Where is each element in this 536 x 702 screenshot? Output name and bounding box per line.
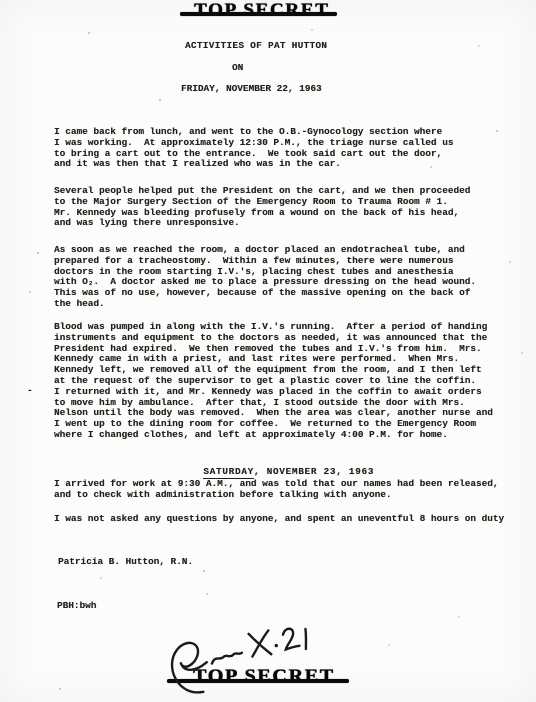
paragraph-friday-2: Several people helped put the President …	[54, 186, 470, 229]
top-secret-stamp-top-text: TOP SECRET	[194, 1, 329, 20]
paragraph-friday-3: As soon as we reached the room, a doctor…	[54, 245, 476, 310]
paragraph-saturday-2: I was not asked any questions by anyone,…	[54, 514, 504, 525]
document-date-heading: FRIDAY, NOVEMBER 22, 1963	[181, 84, 322, 95]
scan-speck	[388, 644, 390, 646]
typist-reference: PBH:bwh	[57, 601, 96, 612]
scan-speck	[59, 688, 61, 690]
declassification-strike-top	[180, 12, 337, 16]
scan-speck	[521, 352, 523, 354]
margin-dash-mark: -	[27, 386, 33, 397]
scan-speck	[311, 29, 313, 31]
paragraph-friday-4: Blood was pumped in along with the I.V.'…	[54, 322, 493, 441]
scan-speck	[496, 130, 498, 132]
scan-speck	[203, 570, 205, 572]
document-title-connector: ON	[232, 63, 243, 74]
scan-speck	[478, 45, 480, 47]
document-title: ACTIVITIES OF PAT HUTTON	[185, 41, 327, 52]
scan-speck	[29, 291, 31, 293]
paragraph-saturday-1: I arrived for work at 9:30 A.M., and was…	[54, 479, 498, 501]
paragraph-friday-1: I came back from lunch, and went to the …	[54, 127, 453, 170]
scan-speck	[159, 99, 161, 101]
scan-speck	[509, 261, 511, 263]
scan-speck	[88, 32, 90, 34]
scan-speck	[37, 252, 39, 254]
scan-speck	[100, 577, 102, 579]
signature-line: Patricia B. Hutton, R.N.	[58, 557, 193, 568]
scan-speck	[430, 166, 432, 168]
saturday-heading-underlined: SATURDAY	[203, 466, 254, 479]
scan-speck	[458, 616, 460, 618]
saturday-heading-rest: , NOVEMBER 23, 1963	[254, 466, 374, 477]
document-page: TOP SECRET ACTIVITIES OF PAT HUTTON ON F…	[0, 0, 536, 702]
scan-speck	[206, 593, 208, 595]
top-secret-stamp-top: TOP SECRET	[180, 2, 337, 24]
